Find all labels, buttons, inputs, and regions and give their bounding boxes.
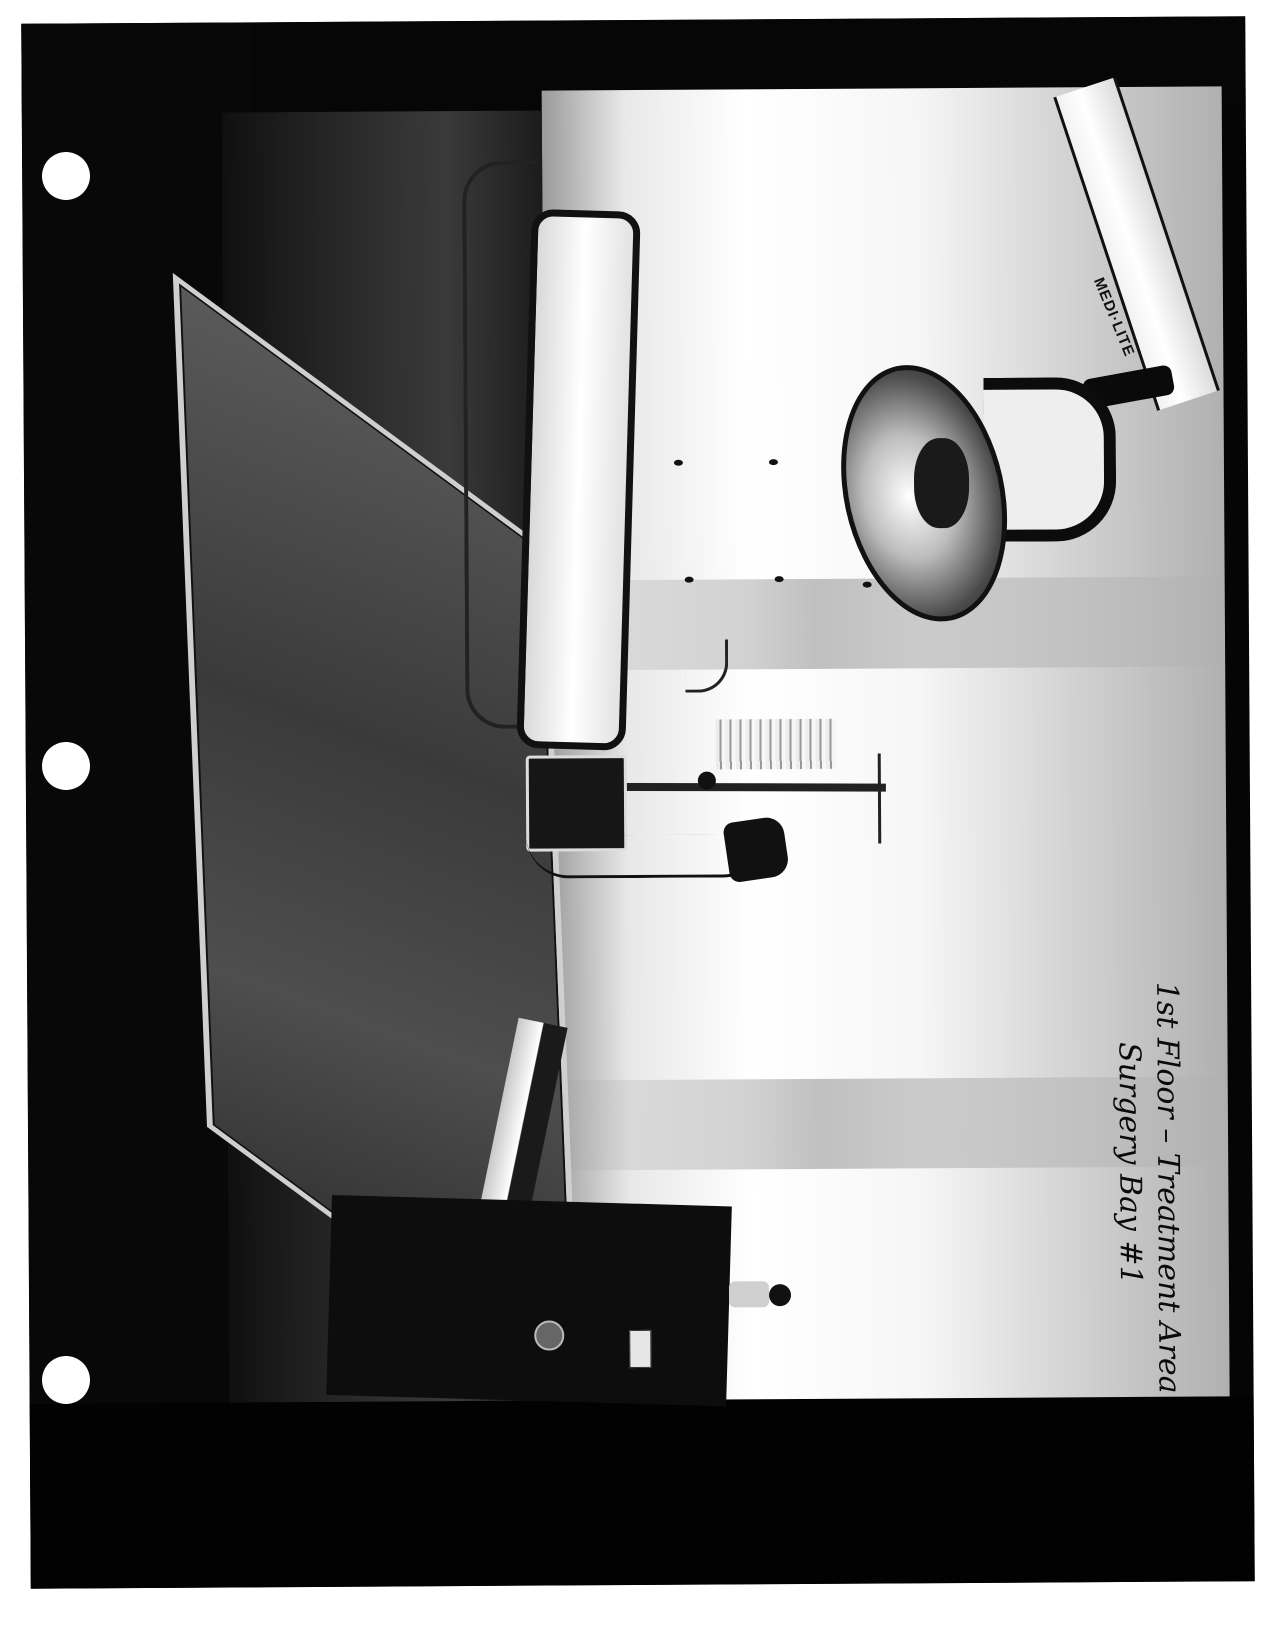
binder-hole xyxy=(42,1356,90,1404)
wall-mount-dot xyxy=(685,577,694,583)
photograph: MEDI·LITE 1st Floor – Treatment Area Sur… xyxy=(21,16,1255,1588)
equipment-cart xyxy=(326,1195,732,1406)
wall-mount-dot xyxy=(674,460,683,466)
wall-chart xyxy=(715,719,835,770)
wall-mount-dot xyxy=(775,576,784,582)
instrument-tray xyxy=(516,209,640,751)
caption-line-1: 1st Floor – Treatment Area xyxy=(1147,982,1188,1394)
lamp-bulb xyxy=(914,438,970,528)
cart-gauge xyxy=(534,1320,564,1350)
floor-shadow xyxy=(30,1396,1255,1588)
cart-nozzle xyxy=(729,1281,769,1307)
iv-pole-knob xyxy=(698,772,716,790)
iv-hook xyxy=(878,754,882,844)
wall-mount-dot xyxy=(863,582,872,588)
handwritten-caption: 1st Floor – Treatment Area Surgery Bay #… xyxy=(1109,982,1188,1394)
iv-pole xyxy=(626,783,886,792)
binder-hole xyxy=(42,152,90,200)
cart-label xyxy=(629,1330,651,1368)
cart-tip xyxy=(769,1284,791,1306)
binder-hole xyxy=(42,742,90,790)
caption-line-2: Surgery Bay #1 xyxy=(1109,982,1150,1394)
iv-bag xyxy=(722,815,790,883)
wall-mount-dot xyxy=(769,459,778,465)
